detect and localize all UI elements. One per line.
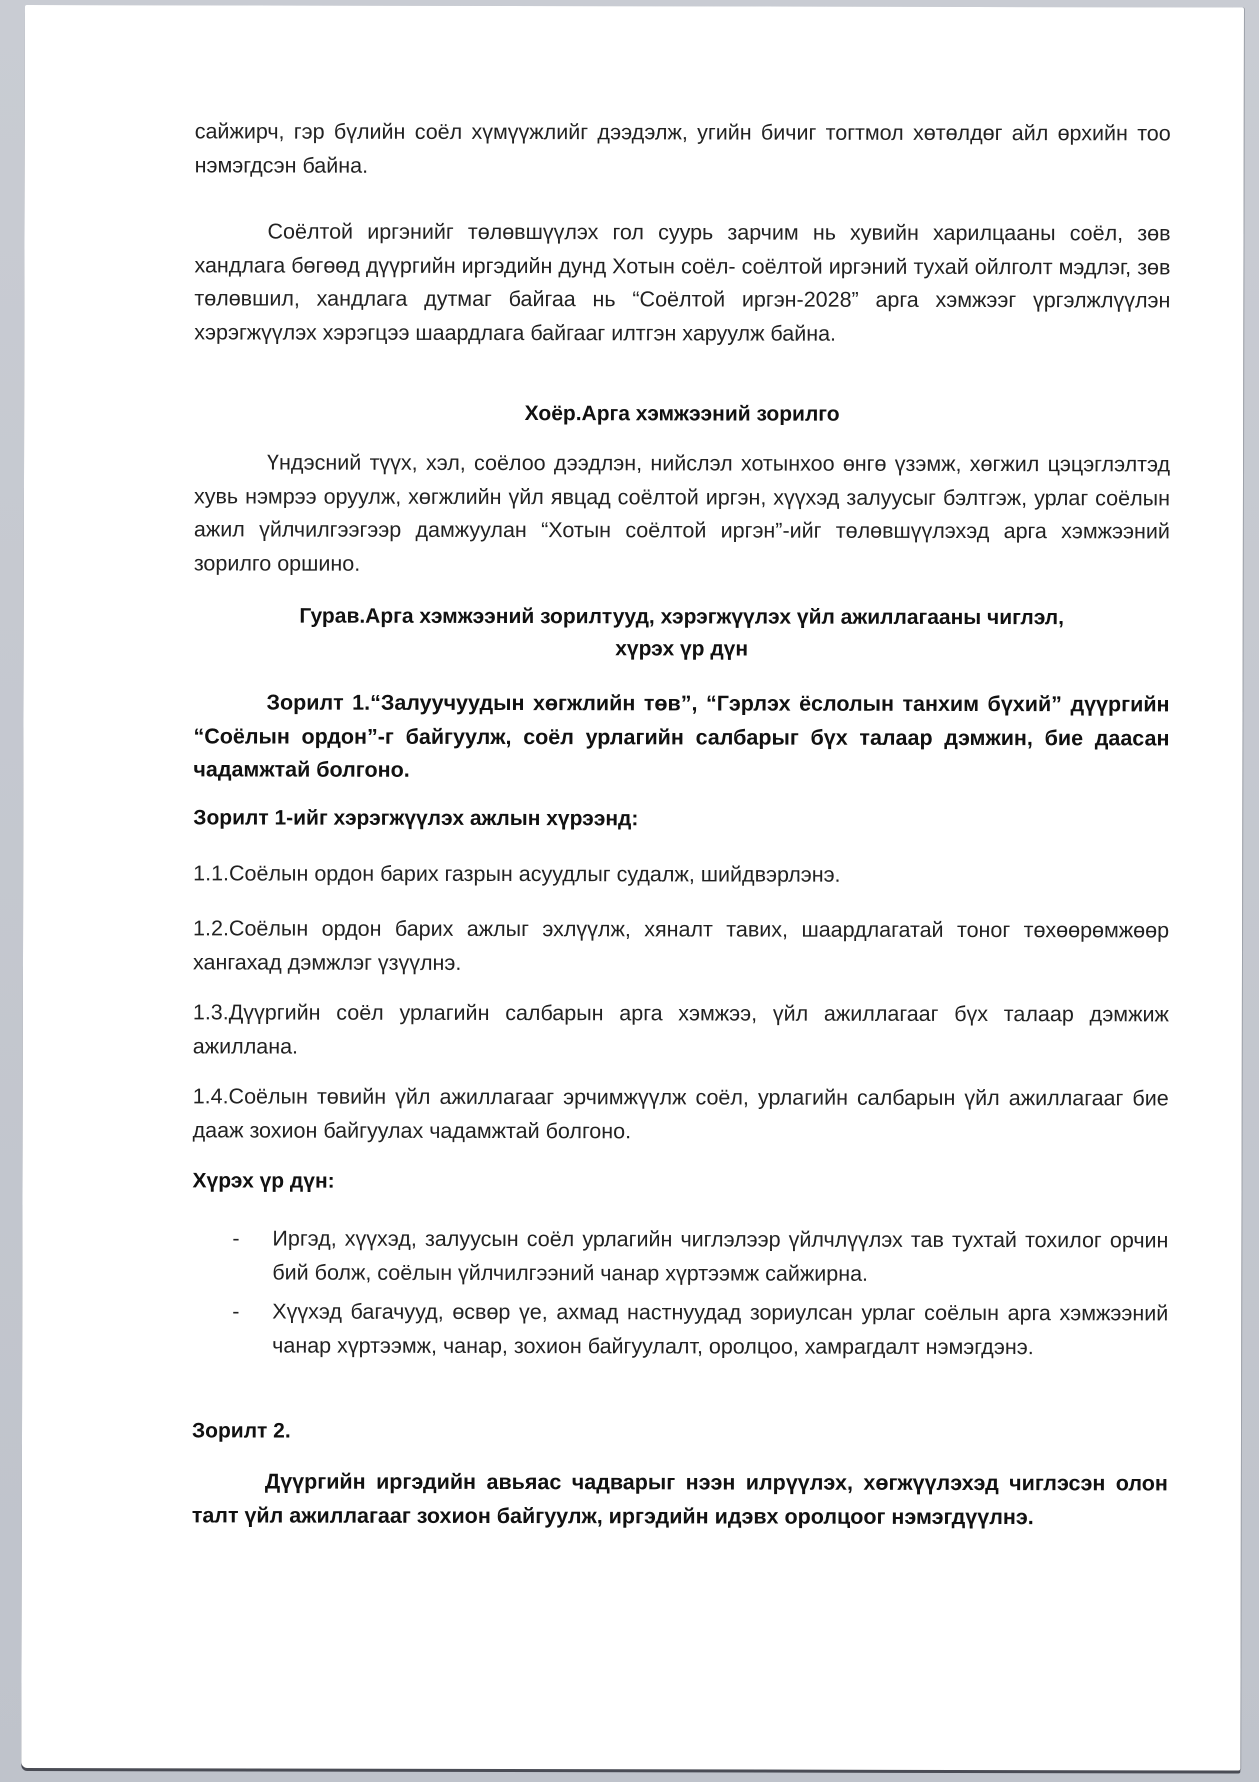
principle-text: Соёлтой иргэнийг төлөвшүүлэх гол суурь з…	[194, 220, 1170, 346]
intro-continuation-text: сайжирч, гэр бүлийн соёл хүмүүжлийг дээд…	[195, 119, 1171, 177]
dash-bullet-icon: -	[232, 1222, 239, 1256]
task-text: 1.3.Дүүргийн соёл урлагийн салбарын арга…	[193, 1000, 1169, 1058]
section3-heading-line1: Гурав.Арга хэмжээний зорилтууд, хэрэгжүү…	[194, 600, 1170, 634]
task-item: 1.3.Дүүргийн соёл урлагийн салбарын арга…	[193, 996, 1169, 1065]
result-text: Иргэд, хүүхэд, залуусын соёл урлагийн чи…	[272, 1223, 1168, 1292]
task-text: 1.1.Соёлын ордон барих газрын асуудлыг с…	[193, 861, 840, 886]
section2-body-paragraph: Үндэсний түүх, хэл, соёлоо дээдлэн, нийс…	[194, 446, 1170, 582]
results-label: Хүрэх үр дүн:	[193, 1165, 335, 1197]
dash-bullet-icon: -	[232, 1295, 239, 1329]
task-item: 1.2.Соёлын ордон барих ажлыг эхлүүлж, хя…	[193, 912, 1169, 981]
objective1-scope-label: Зорилт 1-ийг хэрэгжүүлэх ажлын хүрээнд:	[193, 802, 638, 835]
section2-heading: Хоёр.Арга хэмжээний зорилго	[194, 397, 1170, 431]
objective2-statement-text: Дүүргийн иргэдийн авьяас чадварыг нээн и…	[192, 1470, 1168, 1529]
intro-continuation-paragraph: сайжирч, гэр бүлийн соёл хүмүүжлийг дээд…	[195, 115, 1171, 184]
objective1-statement: Зорилт 1.“Залуучуудын хөгжлийн төв”, “Гэ…	[193, 686, 1169, 789]
document-page: сайжирч, гэр бүлийн соёл хүмүүжлийг дээд…	[21, 5, 1244, 1771]
result-text: Хүүхэд багачууд, өсвөр үе, ахмад настнуу…	[272, 1296, 1168, 1365]
objective2-label: Зорилт 2.	[192, 1415, 291, 1447]
task-text: 1.2.Соёлын ордон барих ажлыг эхлүүлж, хя…	[193, 916, 1169, 974]
task-text: 1.4.Соёлын төвийн үйл ажиллагааг эрчимжү…	[193, 1084, 1169, 1142]
section3-heading-line2: хүрэх үр дүн	[194, 632, 1170, 666]
result-bullet-item: - Иргэд, хүүхэд, залуусын соёл урлагийн …	[232, 1222, 1168, 1291]
objective2-statement: Дүүргийн иргэдийн авьяас чадварыг нээн и…	[192, 1465, 1168, 1534]
task-item: 1.4.Соёлын төвийн үйл ажиллагааг эрчимжү…	[193, 1080, 1169, 1149]
objective1-statement-text: Зорилт 1.“Залуучуудын хөгжлийн төв”, “Гэ…	[193, 691, 1169, 782]
principle-paragraph: Соёлтой иргэнийг төлөвшүүлэх гол суурь з…	[194, 215, 1170, 351]
section2-body-text: Үндэсний түүх, хэл, соёлоо дээдлэн, нийс…	[194, 451, 1170, 576]
task-item: 1.1.Соёлын ордон барих газрын асуудлыг с…	[193, 857, 1169, 893]
result-bullet-item: - Хүүхэд багачууд, өсвөр үе, ахмад настн…	[232, 1295, 1168, 1364]
